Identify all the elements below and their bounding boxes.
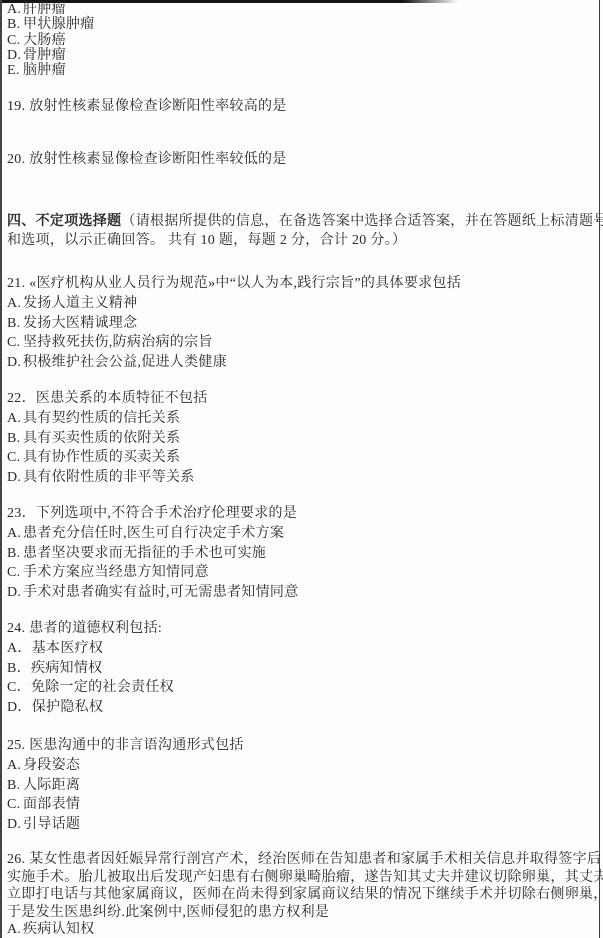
option-line: C.大肠癌 <box>7 33 596 48</box>
option-letter: B. <box>7 314 23 334</box>
scan-border-right <box>599 0 601 938</box>
option-line: B．疾病知情权 <box>7 659 596 679</box>
question-18-options: A.肝肿瘤 B.甲状腺肿瘤 C.大肠癌 D.骨肿瘤 E.脑肿瘤 <box>7 2 596 78</box>
option-line: D.引导话题 <box>7 815 596 835</box>
option-letter: A. <box>7 524 23 544</box>
option-text: 引导话题 <box>23 817 80 832</box>
option-text: 保护隐私权 <box>32 700 104 715</box>
option-text: 肝肿瘤 <box>23 2 66 17</box>
question-23-title: 23．下列选项中,不符合手术治疗伦理要求的是 <box>7 504 596 524</box>
question-26: 26. 某女性患者因妊娠异常行剖宫产术，经治医师在告知患者和家属手术相关信息并取… <box>7 851 596 938</box>
option-line: C．免除一定的社会责任权 <box>7 678 596 698</box>
option-line: E.脑肿瘤 <box>7 63 596 78</box>
option-letter: C. <box>7 33 23 48</box>
option-line: B.患者坚决要求而无指征的手术也可实施 <box>7 544 596 564</box>
question-26-line4: 于是发生医患纠纷.此案例中,医师侵犯的患方权利是 <box>7 904 596 922</box>
option-letter: A. <box>7 2 23 17</box>
section-4-instructions-part2: 和选项，以示正确回答。 共有 10 题，每题 2 分，合计 20 分。） <box>7 232 596 251</box>
section-4-heading: 四、不定项选择题（请根据所提供的信息，在备选答案中选择合适答案，并在答题纸上标清… <box>7 213 596 250</box>
option-letter: D. <box>7 353 23 373</box>
option-letter: D． <box>7 698 32 718</box>
option-text: 身段姿态 <box>23 758 80 773</box>
option-text: 疾病知情权 <box>31 661 103 676</box>
option-text: 骨肿瘤 <box>23 48 66 63</box>
question-26-line3: 立即打电话与其他家属商议，医师在尚未得到家属商议结果的情况下继续手术并切除右侧卵… <box>7 886 596 904</box>
option-line: B.人际距离 <box>7 776 596 796</box>
option-line: A.患者充分信任时,医生可自行决定手术方案 <box>7 524 596 544</box>
question-20-text: 20. 放射性核素显像检查诊断阳性率较低的是 <box>7 150 596 170</box>
question-24: 24. 患者的道德权利包括: A．基本医疗权 B．疾病知情权 C．免除一定的社会… <box>7 619 596 718</box>
option-text: 坚持救死扶伤,防病治病的宗旨 <box>23 335 213 350</box>
option-text: 疾病认知权 <box>23 922 95 937</box>
option-letter: C. <box>7 563 23 583</box>
option-line: D.具有依附性质的非平等关系 <box>7 468 596 488</box>
option-letter: B. <box>7 776 23 796</box>
question-26-line2: 实施手术。胎儿被取出后发现产妇患有右侧卵巢畸胎瘤，遂告知其丈夫并建议切除卵巢，其… <box>7 869 596 887</box>
option-line: D.手术对患者确实有益时,可无需患者知情同意 <box>7 583 596 603</box>
option-line: A．基本医疗权 <box>7 639 596 659</box>
section-4-instructions-part1: （请根据所提供的信息，在备选答案中选择合适答案，并在答题纸上标清题号 <box>121 214 603 229</box>
section-4-title: 四、不定项选择题 <box>7 214 121 229</box>
option-line: C.面部表情 <box>7 795 596 815</box>
option-line: D．保护隐私权 <box>7 698 596 718</box>
option-letter: A． <box>7 639 32 659</box>
option-letter: A. <box>7 756 23 776</box>
option-letter: C. <box>7 333 23 353</box>
option-text: 具有买卖性质的依附关系 <box>23 431 180 446</box>
option-letter: B. <box>7 17 23 32</box>
option-letter: D. <box>7 48 23 63</box>
option-text: 积极维护社会公益,促进人类健康 <box>23 355 227 370</box>
option-letter: B. <box>7 429 23 449</box>
option-text: 患者坚决要求而无指征的手术也可实施 <box>23 546 266 561</box>
section-4-heading-line1: 四、不定项选择题（请根据所提供的信息，在备选答案中选择合适答案，并在答题纸上标清… <box>7 213 596 232</box>
question-26-line1: 26. 某女性患者因妊娠异常行剖宫产术，经治医师在告知患者和家属手术相关信息并取… <box>7 851 596 869</box>
option-line: A.身段姿态 <box>7 756 596 776</box>
option-text: 脑肿瘤 <box>23 63 66 78</box>
option-text: 手术方案应当经患方知情同意 <box>23 565 209 580</box>
question-19-text: 19. 放射性核素显像检查诊断阳性率较高的是 <box>7 97 596 117</box>
option-line: A.疾病认知权 <box>7 921 596 938</box>
option-letter: D. <box>7 468 23 488</box>
option-text: 发扬大医精诚理念 <box>23 316 137 331</box>
scan-border-left <box>0 0 2 938</box>
option-line: B.具有买卖性质的依附关系 <box>7 429 596 449</box>
option-letter: B． <box>7 659 31 679</box>
option-text: 大肠癌 <box>23 33 66 48</box>
question-20: 20. 放射性核素显像检查诊断阳性率较低的是 <box>7 150 596 170</box>
option-line: C.具有协作性质的买卖关系 <box>7 448 596 468</box>
scanned-exam-page: A.肝肿瘤 B.甲状腺肿瘤 C.大肠癌 D.骨肿瘤 E.脑肿瘤 19. 放射性核… <box>0 0 603 938</box>
option-text: 具有协作性质的买卖关系 <box>23 450 180 465</box>
option-letter: C． <box>7 678 31 698</box>
option-letter: D. <box>7 815 23 835</box>
option-text: 甲状腺肿瘤 <box>23 17 95 32</box>
question-24-title: 24. 患者的道德权利包括: <box>7 619 596 639</box>
question-21: 21. «医疗机构从业人员行为规范»中“以人为本,践行宗旨”的具体要求包括 A.… <box>7 274 596 373</box>
option-line: C.坚持救死扶伤,防病治病的宗旨 <box>7 333 596 353</box>
question-22-title: 22．医患关系的本质特征不包括 <box>7 389 596 409</box>
option-line: B.发扬大医精诚理念 <box>7 314 596 334</box>
option-text: 人际距离 <box>23 778 80 793</box>
option-text: 患者充分信任时,医生可自行决定手术方案 <box>23 526 284 541</box>
option-text: 免除一定的社会责任权 <box>31 680 174 695</box>
option-line: A.肝肿瘤 <box>7 2 596 17</box>
option-text: 面部表情 <box>23 797 80 812</box>
option-text: 发扬人道主义精神 <box>23 296 137 311</box>
question-21-title: 21. «医疗机构从业人员行为规范»中“以人为本,践行宗旨”的具体要求包括 <box>7 274 596 294</box>
question-25-title: 25. 医患沟通中的非言语沟通形式包括 <box>7 736 596 756</box>
option-letter: C. <box>7 448 23 468</box>
option-text: 基本医疗权 <box>32 641 104 656</box>
option-line: A.发扬人道主义精神 <box>7 294 596 314</box>
question-22: 22．医患关系的本质特征不包括 A.具有契约性质的信托关系 B.具有买卖性质的依… <box>7 389 596 488</box>
option-line: D.积极维护社会公益,促进人类健康 <box>7 353 596 373</box>
option-text: 具有契约性质的信托关系 <box>23 411 180 426</box>
question-19: 19. 放射性核素显像检查诊断阳性率较高的是 <box>7 97 596 117</box>
option-text: 手术对患者确实有益时,可无需患者知情同意 <box>23 585 299 600</box>
option-line: A.具有契约性质的信托关系 <box>7 409 596 429</box>
option-letter: D. <box>7 583 23 603</box>
question-25: 25. 医患沟通中的非言语沟通形式包括 A.身段姿态 B.人际距离 C.面部表情… <box>7 736 596 835</box>
question-23: 23．下列选项中,不符合手术治疗伦理要求的是 A.患者充分信任时,医生可自行决定… <box>7 504 596 603</box>
option-letter: A. <box>7 294 23 314</box>
option-letter: E. <box>7 63 23 78</box>
option-letter: A. <box>7 921 23 938</box>
option-letter: B. <box>7 544 23 564</box>
option-line: D.骨肿瘤 <box>7 48 596 63</box>
option-text: 具有依附性质的非平等关系 <box>23 470 195 485</box>
option-letter: A. <box>7 409 23 429</box>
option-line: C.手术方案应当经患方知情同意 <box>7 563 596 583</box>
option-letter: C. <box>7 795 23 815</box>
option-line: B.甲状腺肿瘤 <box>7 17 596 32</box>
